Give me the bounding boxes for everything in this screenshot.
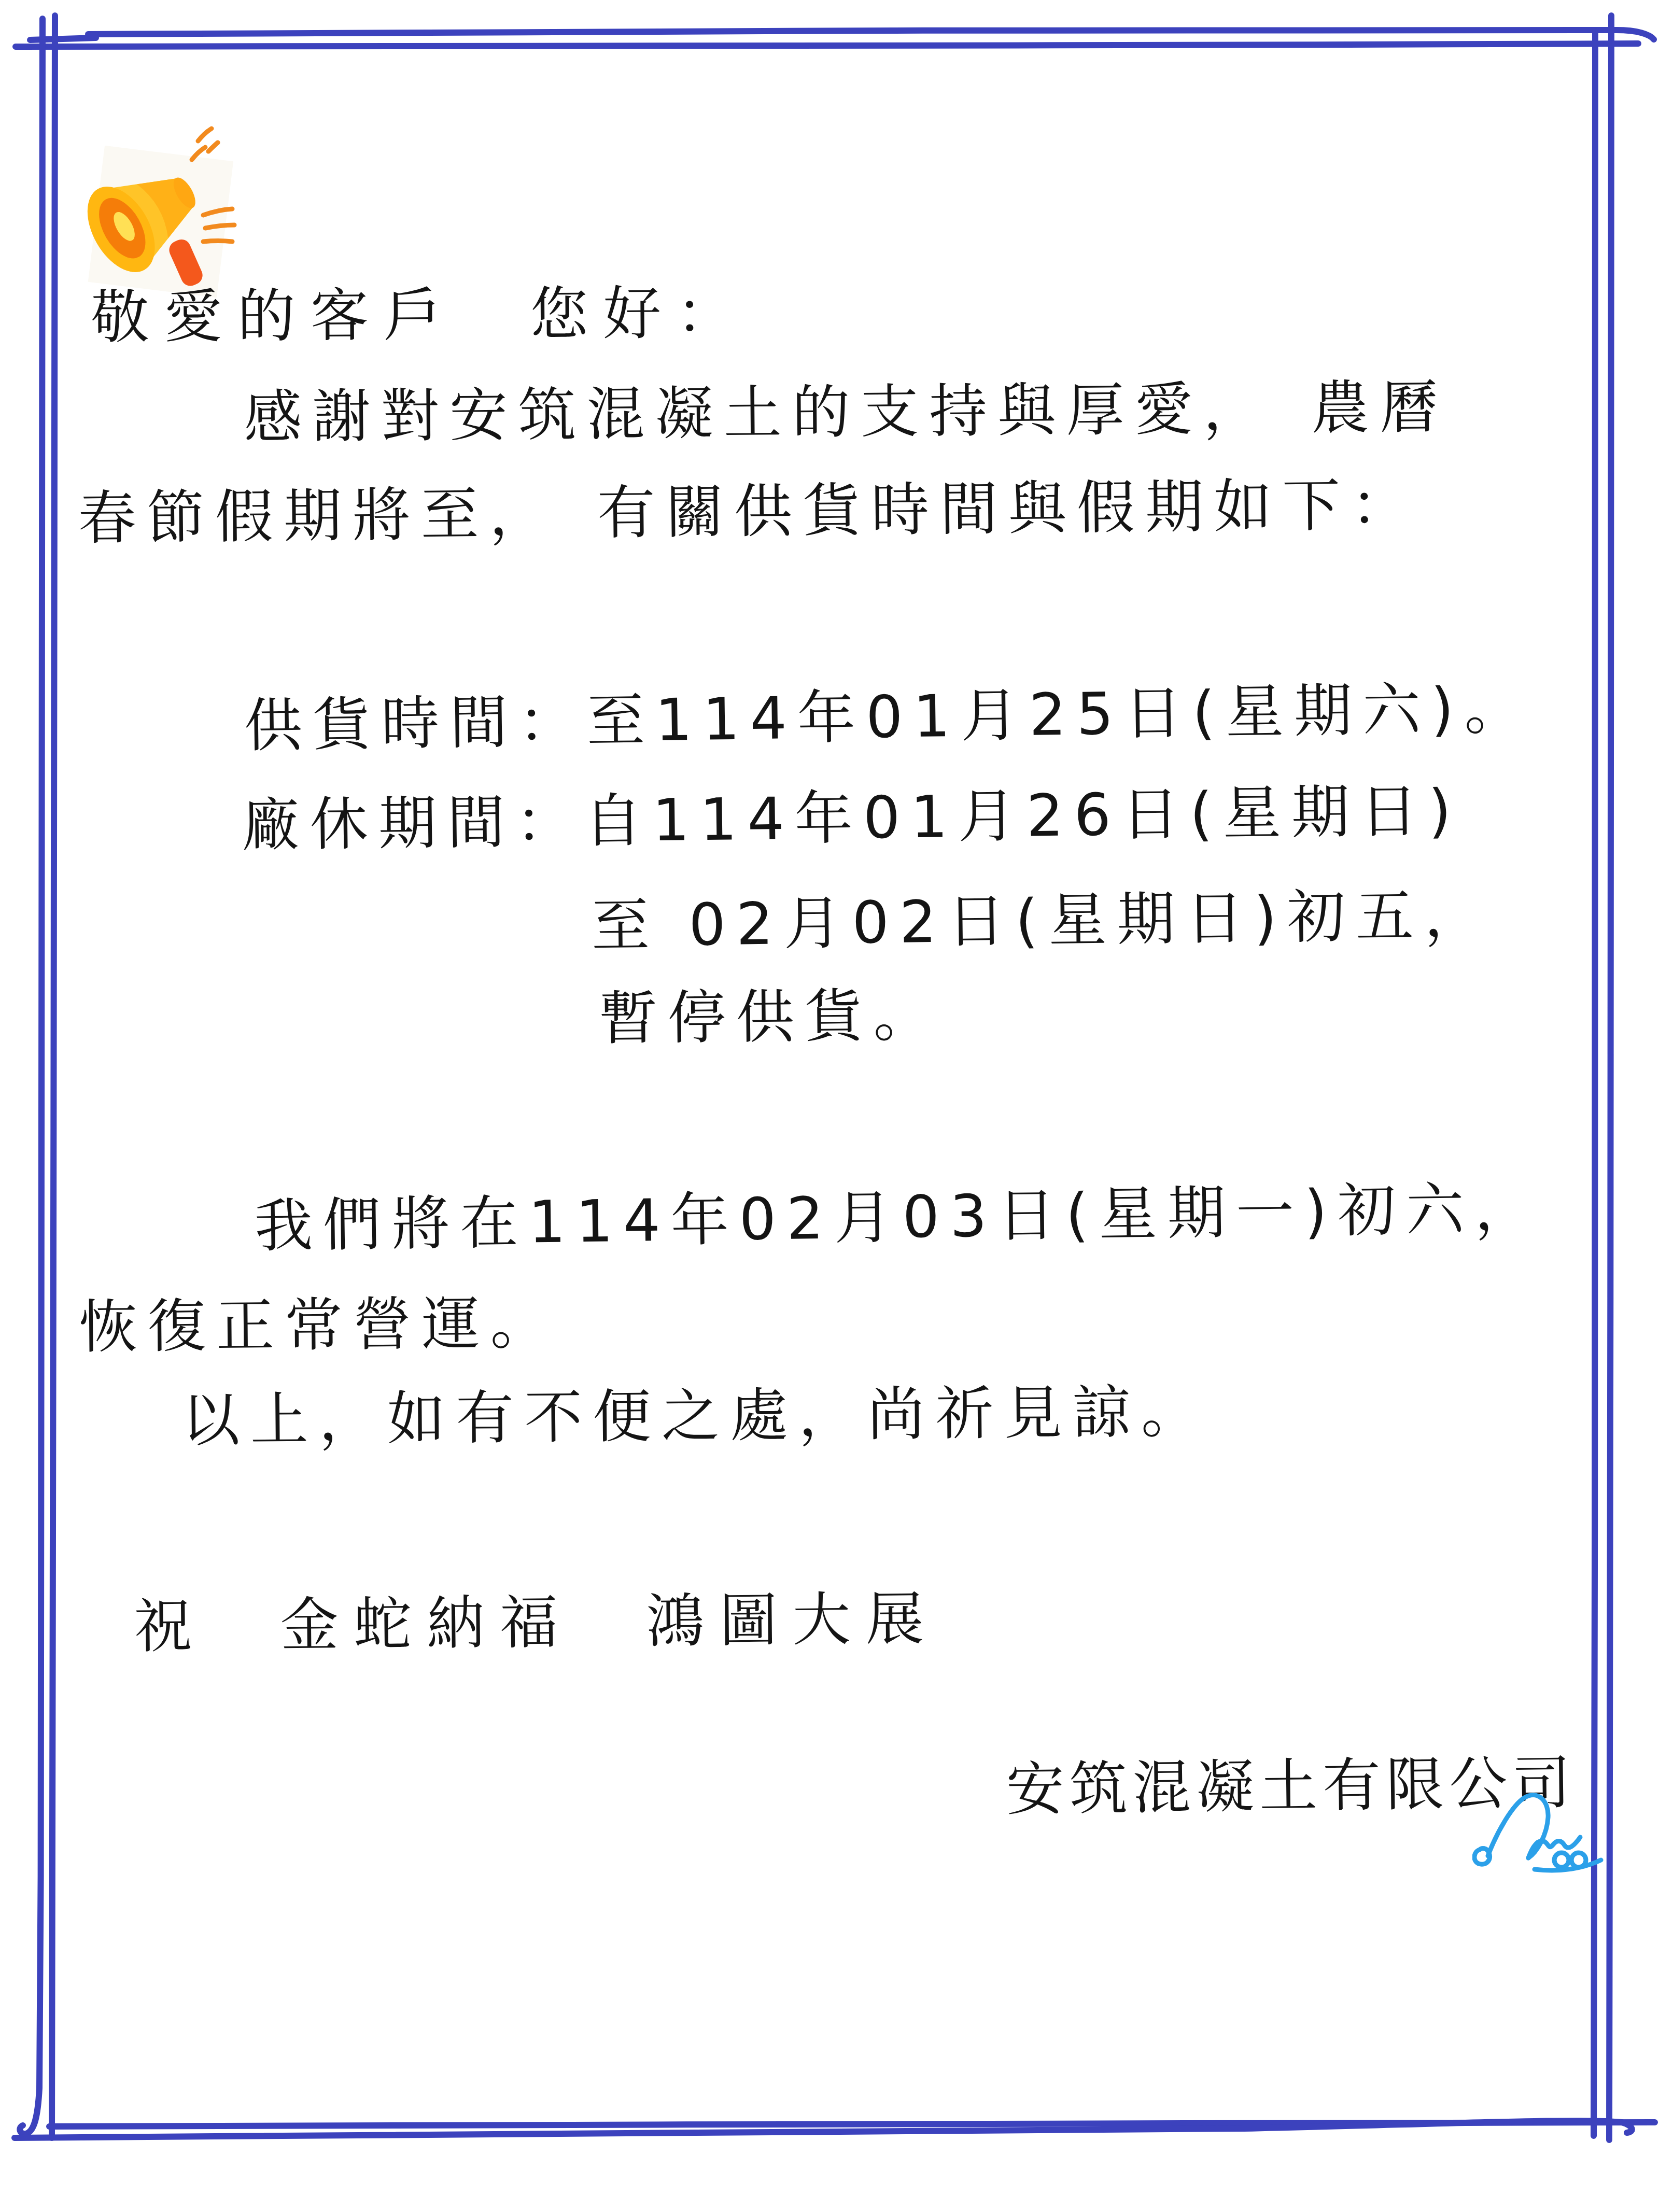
blessing-text: 祝 金蛇納福 鴻圖大展 xyxy=(134,1585,939,1661)
apology-text: 以上，如有不便之處，尚祈見諒。 xyxy=(181,1378,1210,1455)
supply-time-line: 供貨時間：至114年01月25日(星期六)。 xyxy=(244,677,1533,758)
paragraph1-line1-text: 感謝對安筑混凝土的支持與厚愛， 農曆 xyxy=(244,374,1449,452)
closure-period-line2: 至 02月02日(星期日)初五， xyxy=(591,884,1493,959)
resume-line1: 我們將在114年02月03日(星期一)初六， xyxy=(254,1177,1543,1259)
paragraph1-line2-text: 春節假期將至， 有關供貨時間與假期如下： xyxy=(78,471,1419,553)
greeting-line: 敬愛的客戶 您好： xyxy=(91,281,750,350)
closure-period-value3: 暫停供貨。 xyxy=(599,982,942,1053)
greeting-text: 敬愛的客戶 您好： xyxy=(91,279,750,351)
signature-andrew xyxy=(1472,1783,1610,1874)
notice-page: 敬愛的客戶 您好： 感謝對安筑混凝土的支持與厚愛， 農曆 春節假期將至， 有關供… xyxy=(0,0,1659,2212)
resume-line1-text: 我們將在114年02月03日(星期一)初六， xyxy=(254,1175,1543,1260)
resume-line2-text: 恢復正常營運。 xyxy=(79,1290,559,1361)
supply-time-label: 供貨時間： xyxy=(244,688,587,760)
paragraph1-line1: 感謝對安筑混凝土的支持與厚愛， 農曆 xyxy=(244,376,1449,450)
closure-period-label: 廠休期間： xyxy=(241,788,584,860)
paragraph1-line2: 春節假期將至， 有關供貨時間與假期如下： xyxy=(78,473,1419,551)
closure-period-value2: 至 02月02日(星期日)初五， xyxy=(591,882,1493,960)
closure-period-value1: 自114年01月26日(星期日) xyxy=(584,777,1462,855)
supply-time-value: 至114年01月25日(星期六)。 xyxy=(586,674,1534,755)
closure-period-line3: 暫停供貨。 xyxy=(599,984,942,1051)
resume-line2: 恢復正常營運。 xyxy=(79,1292,559,1360)
apology-line: 以上，如有不便之處，尚祈見諒。 xyxy=(181,1380,1210,1453)
closure-period-line1: 廠休期間：自114年01月26日(星期日) xyxy=(241,779,1462,858)
blessing-line: 祝 金蛇納福 鴻圖大展 xyxy=(134,1587,939,1659)
